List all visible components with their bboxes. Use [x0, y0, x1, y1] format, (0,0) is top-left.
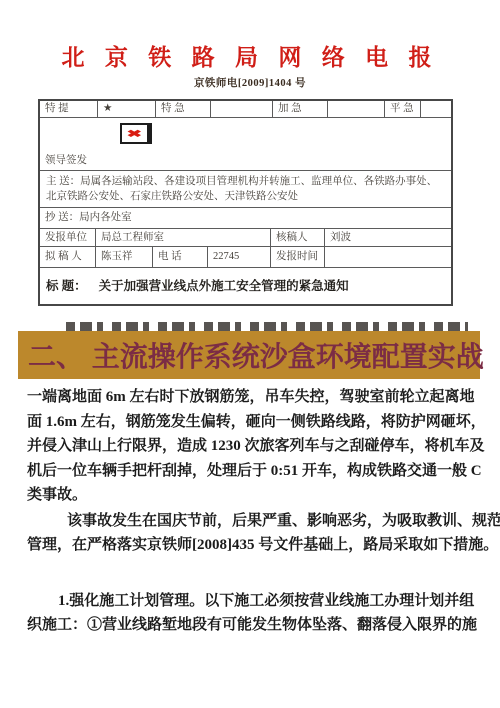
- body-line: 管理，在严格落实京铁师[2008]435 号文件基础上，路局采取如下措施。: [27, 533, 474, 558]
- drafter-value: 陈玉祥: [95, 247, 152, 267]
- priority-row: 特 提 ★ 特 急 加 急 平 急: [40, 101, 451, 117]
- body-line: 该事故发生在国庆节前，后果严重、影响恶劣，为吸取教训、规范: [27, 509, 474, 534]
- copy-send-row: 抄 送：局内各处室: [40, 207, 451, 228]
- leader-sign-row: 领导签发 ✖: [40, 117, 451, 170]
- subject-label: 标 题：: [46, 279, 87, 293]
- phone-value: 22745: [207, 247, 270, 267]
- sender-value: 局总工程师室: [95, 229, 270, 246]
- send-time-value: [324, 247, 451, 267]
- reviewer-label: 核稿人: [270, 229, 324, 246]
- reviewer-value: 刘波: [324, 229, 451, 246]
- clipped-text-fragments: [66, 322, 468, 331]
- priority-empty-cell-1: [210, 101, 272, 117]
- priority-star-cell: ★: [97, 101, 155, 117]
- paragraph-consequence: 该事故发生在国庆节前，后果严重、影响恶劣，为吸取教训、规范 管理，在严格落实京铁…: [27, 509, 474, 558]
- body-line: 1.强化施工计划管理。以下施工必须按营业线施工办理计划并组: [27, 589, 474, 614]
- telegram-title: 北 京 铁 路 局 网 络 电 报: [0, 44, 500, 70]
- overlay-banner: 二、 主流操作系统沙盒环境配置实战: [18, 331, 480, 379]
- leader-sign-label: 领导签发: [45, 152, 87, 167]
- body-line: 面 1.6m 左右，钢筋笼发生偏转，砸向一侧铁路线路，将防护网砸坏，: [27, 410, 474, 435]
- paragraph-measures: 1.强化施工计划管理。以下施工必须按营业线施工办理计划并组 织施工：①营业线路堑…: [27, 589, 474, 638]
- paragraph-accident: 一端离地面 6m 左右时下放钢筋笼，吊车失控，驾驶室前轮立起离地 面 1.6m …: [27, 385, 474, 508]
- broken-image-icon: ✖: [120, 123, 152, 144]
- body-line: 机后一位车辆手把杆刮掉，处理后于 0:51 开车，构成铁路交通一般 C: [27, 459, 474, 484]
- body-line: 一端离地面 6m 左右时下放钢筋笼，吊车失控，驾驶室前轮立起离地: [27, 385, 474, 410]
- subject-value: 关于加强营业线点外施工安全管理的紧急通知: [99, 279, 349, 293]
- main-send-row: 主 送：局属各运输站段、各建设项目管理机构并转施工、监理单位、各铁路办事处、北京…: [40, 170, 451, 207]
- copy-send-text: 抄 送：局内各处室: [40, 208, 451, 228]
- priority-label-jiaji: 加 急: [272, 101, 327, 117]
- telegram-form-table: 特 提 ★ 特 急 加 急 平 急 领导签发 ✖ 主 送：局属各运输站段、各建设…: [38, 99, 453, 306]
- banner-title: 二、 主流操作系统沙盒环境配置实战: [18, 335, 484, 375]
- priority-empty-cell-3: [420, 101, 451, 117]
- body-line: 类事故。: [27, 483, 474, 508]
- main-send-text: 主 送：局属各运输站段、各建设项目管理机构并转施工、监理单位、各铁路办事处、北京…: [40, 171, 451, 207]
- sender-row: 发报单位 局总工程师室 核稿人 刘波: [40, 228, 451, 246]
- body-line: 并侵入津山上行限界，造成 1230 次旅客列车与之刮碰停车，将机车及: [27, 434, 474, 459]
- drafter-row: 拟 稿 人 陈玉祥 电 话 22745 发报时间: [40, 246, 451, 267]
- priority-label-teji: 特 急: [155, 101, 210, 117]
- broken-image-x-glyph: ✖: [127, 128, 143, 138]
- priority-empty-cell-2: [327, 101, 384, 117]
- priority-label-teti: 特 提: [40, 101, 97, 117]
- telegram-doc-number: 京铁师电[2009]1404 号: [0, 75, 500, 90]
- send-time-label: 发报时间: [270, 247, 324, 267]
- drafter-label: 拟 稿 人: [40, 247, 95, 267]
- body-text: 一端离地面 6m 左右时下放钢筋笼，吊车失控，驾驶室前轮立起离地 面 1.6m …: [27, 385, 474, 638]
- phone-label: 电 话: [152, 247, 207, 267]
- sender-label: 发报单位: [40, 229, 95, 246]
- body-line: 织施工：①营业线路堑地段有可能发生物体坠落、翻落侵入限界的施: [27, 613, 474, 638]
- subject-row: 标 题： 关于加强营业线点外施工安全管理的紧急通知: [40, 267, 451, 304]
- priority-label-pingji: 平 急: [384, 101, 420, 117]
